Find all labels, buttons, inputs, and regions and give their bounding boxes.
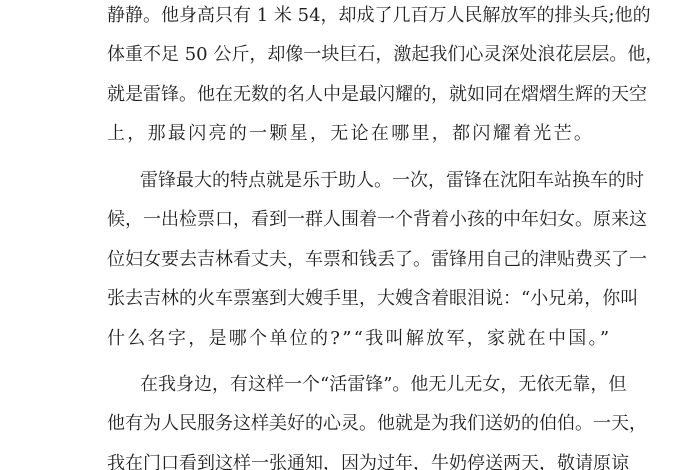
text-line: 他有为人民服务这样美好的心灵。他就是为我们送奶的伯伯。一天， xyxy=(107,413,597,435)
text-line: 在我身边，有这样一个“活雷锋”。他无儿无女，无依无靠，但 xyxy=(140,374,597,396)
text-line: 候，一出检票口，看到一群人围着一个背着小孩的中年妇女。原来这 xyxy=(107,209,597,231)
text-line: 我在门口看到这样一张通知，因为过年，牛奶停送两天，敬请原谅 xyxy=(107,453,597,470)
text-line: 什么名字，是哪个单位的?”“我叫解放军，家就在中国。” xyxy=(107,328,611,350)
document-page: 静静。他身高只有 1 米 54，却成了几百万人民解放军的排头兵;他的 体重不足 … xyxy=(0,0,700,470)
text-line: 上，那最闪亮的一颗星，无论在哪里，都闪耀着光芒。 xyxy=(107,123,594,145)
text-line: 位妇女要去吉林看丈夫，车票和钱丢了。雷锋用自己的津贴费买了一 xyxy=(107,249,597,271)
text-line: 雷锋最大的特点就是乐于助人。一次，雷锋在沈阳车站换车的时 xyxy=(140,170,597,192)
text-line: 就是雷锋。他在无数的名人中是最闪耀的，就如同在熠熠生辉的天空 xyxy=(107,84,597,106)
text-line: 张去吉林的火车票塞到大嫂手里，大嫂含着眼泪说：“小兄弟，你叫 xyxy=(107,288,597,310)
text-line: 体重不足 50 公斤，却像一块巨石，激起我们心灵深处浪花层层。他， xyxy=(107,44,597,66)
text-line: 静静。他身高只有 1 米 54，却成了几百万人民解放军的排头兵;他的 xyxy=(107,5,597,27)
